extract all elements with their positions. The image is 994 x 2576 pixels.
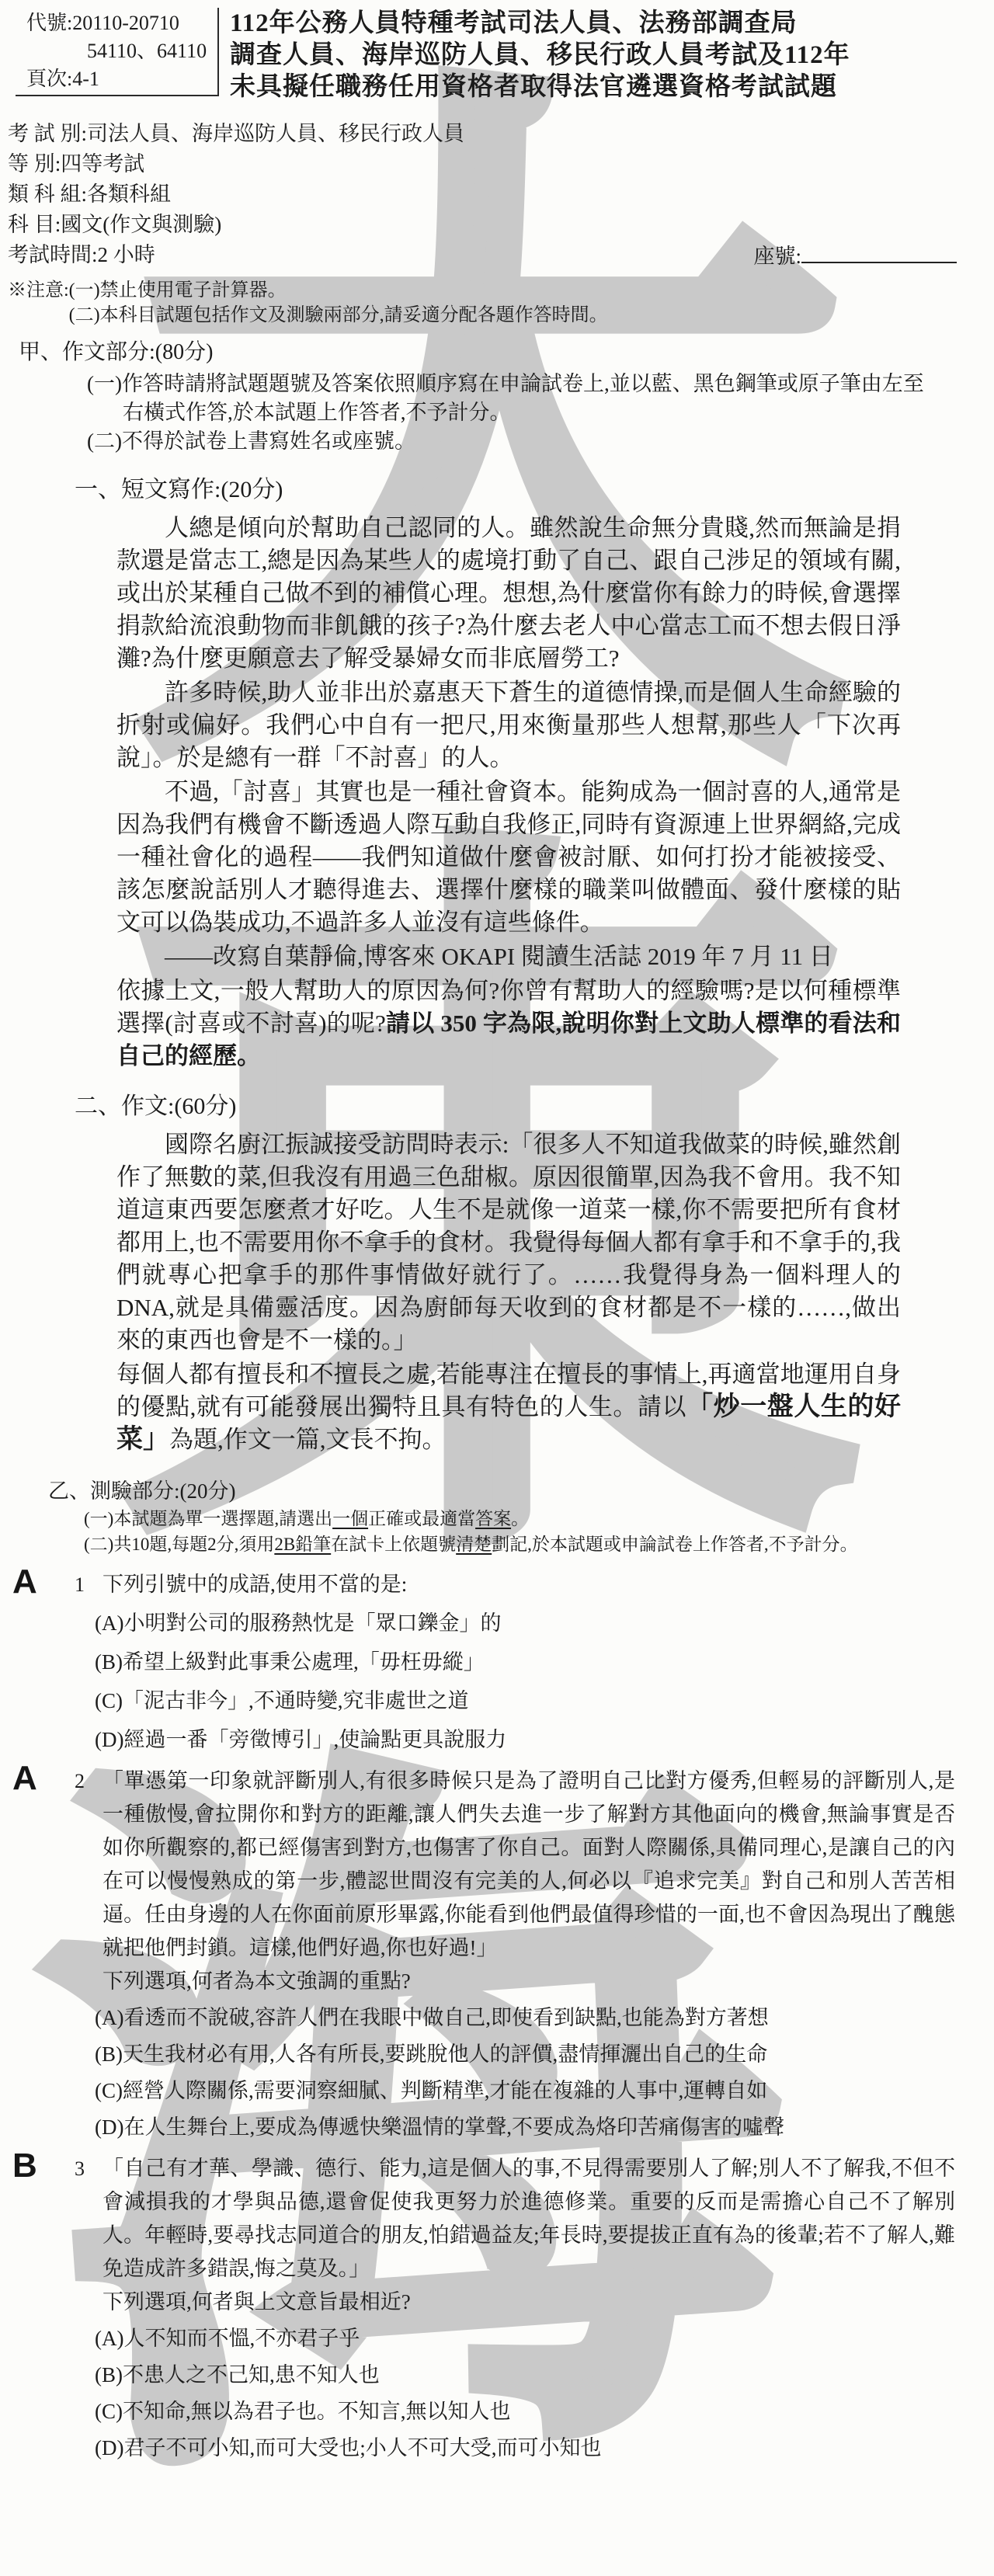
notice: ※注意: (一)禁止使用電子計算器。 (二)本科目試題包括作文及測驗兩部分,請妥… [8, 278, 994, 328]
option-d: (D)經過一番「旁徵博引」,使論點更具說服力 [95, 1723, 955, 1757]
question-number: 2 [75, 1764, 85, 1798]
seat-number-blank [801, 240, 957, 263]
exam-title: 112年公務人員特種考試司法人員、法務部調查局 調查人員、海岸巡防人員、移民行政… [219, 8, 978, 103]
essay-heading: 二、作文:(60分) [75, 1090, 994, 1124]
paragraph: 許多時候,助人並非出於嘉惠天下蒼生的道德情操,而是個人生命經驗的折射或偏好。我們… [116, 676, 901, 774]
part-a-heading: 甲、作文部分:(80分) [19, 337, 994, 368]
info-value: 司法人員、海岸巡防人員、移民行政人員 [87, 122, 464, 145]
question-2: A 2 「單憑第一印象就評斷別人,有很多時候只是為了證明自己比對方優秀,但輕易的… [0, 1764, 994, 2144]
handwritten-answer-mark: B [12, 2149, 37, 2182]
code-box: 代號:20110-20710 54110、64110 頁次:4-1 [16, 8, 219, 96]
info-value: 國文(作文與測驗) [61, 213, 221, 236]
option-a: (A)人不知而不慍,不亦君子乎 [95, 2322, 955, 2355]
part-b-notes: (一)本試題為單一選擇題,請選出一個正確或最適當答案。 (二)共10題,每題2分… [84, 1506, 969, 1557]
option-b: (B)天生我材必有用,人各有所長,要跳脫他人的評價,盡情揮灑出自己的生命 [95, 2038, 955, 2071]
exam-title-line1: 112年公務人員特種考試司法人員、法務部調查局 [230, 8, 978, 40]
part-a-note: (一)作答時請將試題題號及答案依照順序寫在申論試卷上,並以藍、黑色鋼筆或原子筆由… [87, 370, 935, 427]
option-c: (C)「泥古非今」,不通時變,究非處世之道 [95, 1684, 955, 1718]
multiple-choice-section: A 1 下列引號中的成語,使用不當的是: (A)小明對公司的服務熱忱是「眾口鑠金… [0, 1568, 994, 2465]
options-list: (A)人不知而不慍,不亦君子乎 (B)不患人之不己知,患不知人也 (C)不知命,… [103, 2322, 955, 2465]
paragraph: 不過,「討喜」其實也是一種社會資本。能夠成為一個討喜的人,通常是因為我們有機會不… [116, 776, 901, 939]
paragraph: 國際名廚江振誠接受訪問時表示:「很多人不知道我做菜的時候,雖然創作了無數的菜,但… [116, 1128, 901, 1357]
part-a-note: (二)不得於試卷上書寫姓名或座號。 [87, 427, 935, 456]
seat-label: 座號: [753, 245, 801, 268]
essay-prompt: 每個人都有擅長和不擅長之處,若能專注在擅長的事情上,再適當地運用自身的優點,就有… [116, 1358, 901, 1456]
part-b-note: (一)本試題為單一選擇題,請選出一個正確或最適當答案。 [84, 1506, 969, 1531]
handwritten-answer-mark: A [12, 1565, 37, 1598]
part-b-heading: 乙、測驗部分:(20分) [48, 1476, 994, 1506]
notice-items: (一)禁止使用電子計算器。 (二)本科目試題包括作文及測驗兩部分,請妥適分配各題… [69, 278, 608, 328]
exam-code-cont: 54110、64110 [26, 37, 211, 65]
info-label: 類 科 組: [8, 179, 87, 210]
notice-item: (二)本科目試題包括作文及測驗兩部分,請妥適分配各題作答時間。 [69, 303, 608, 328]
short-essay-heading: 一、短文寫作:(20分) [75, 473, 994, 507]
info-row-subject: 科 目:國文(作文與測驗) [8, 210, 994, 240]
option-a: (A)看透而不說破,容許人們在我眼中做自己,即使看到缺點,也能為對方著想 [95, 2001, 955, 2035]
option-b: (B)希望上級對此事秉公處理,「毋枉毋縱」 [95, 1646, 955, 1679]
exam-info: 考 試 別:司法人員、海岸巡防人員、移民行政人員 等 別:四等考試 類 科 組:… [8, 119, 994, 272]
prompt-normal: 為題,作文一篇,文長不拘。 [169, 1426, 447, 1453]
notice-label: ※注意: [8, 278, 69, 328]
exam-code: 代號:20110-20710 [26, 9, 211, 37]
page-number: 頁次:4-1 [26, 65, 211, 93]
options-list: (A)小明對公司的服務熱忱是「眾口鑠金」的 (B)希望上級對此事秉公處理,「毋枉… [103, 1607, 955, 1757]
question-passage: 「自己有才華、學識、德行、能力,這是個人的事,不見得需要別人了解;別人不了解我,… [103, 2152, 955, 2286]
header: 代號:20110-20710 54110、64110 頁次:4-1 112年公務… [0, 0, 994, 103]
question-stem: 下列選項,何者為本文強調的重點? [103, 1965, 955, 1998]
exam-title-line2: 調查人員、海岸巡防人員、移民行政人員考試及112年 [230, 40, 978, 71]
option-c: (C)不知命,無以為君子也。不知言,無以知人也 [95, 2395, 955, 2428]
option-a: (A)小明對公司的服務熱忱是「眾口鑠金」的 [95, 1607, 955, 1640]
option-d: (D)在人生舞台上,要成為傳遞快樂溫情的掌聲,不要成為烙印苦痛傷害的噓聲 [95, 2111, 955, 2144]
info-row-time: 考試時間:2 小時 座號: [8, 240, 994, 272]
question-stem: 下列引號中的成語,使用不當的是: [103, 1568, 955, 1601]
info-value: 四等考試 [61, 152, 144, 176]
question-number: 1 [75, 1568, 85, 1601]
handwritten-answer-mark: A [12, 1761, 37, 1795]
exam-title-line3: 未具擬任職務任用資格者取得法官遴選資格考試試題 [230, 71, 978, 103]
option-c: (C)經營人際關係,需要洞察細膩、判斷精準,才能在複雜的人事中,運轉自如 [95, 2074, 955, 2108]
info-label: 等 別: [8, 149, 61, 179]
option-d: (D)君子不可小知,而可大受也;小人不可大受,而可小知也 [95, 2432, 955, 2465]
exam-time: 考試時間:2 小時 [8, 240, 155, 272]
options-list: (A)看透而不說破,容許人們在我眼中做自己,即使看到缺點,也能為對方著想 (B)… [103, 2001, 955, 2144]
info-row-group: 類 科 組:各類科組 [8, 179, 994, 210]
info-value: 各類科組 [87, 183, 171, 206]
short-essay-prompt: 依據上文,一般人幫助人的原因為何?你曾有幫助人的經驗嗎?是以何種標準選擇(討喜或… [116, 975, 901, 1072]
option-b: (B)不患人之不己知,患不知人也 [95, 2359, 955, 2392]
info-label: 考試時間: [8, 240, 98, 270]
part-b-note: (二)共10題,每題2分,須用2B鉛筆在試卡上依題號清楚劃記,於本試題或申論試卷… [84, 1531, 969, 1557]
part-a-notes: (一)作答時請將試題題號及答案依照順序寫在申論試卷上,並以藍、黑色鋼筆或原子筆由… [87, 370, 935, 456]
info-row-grade: 等 別:四等考試 [8, 149, 994, 179]
info-label: 考 試 別: [8, 119, 87, 149]
question-3: B 3 「自己有才華、學識、德行、能力,這是個人的事,不見得需要別人了解;別人不… [0, 2152, 994, 2465]
source-attribution: ——改寫自葉靜倫,博客來 OKAPI 閱讀生活誌 2019 年 7 月 11 日 [116, 940, 901, 973]
info-label: 科 目: [8, 210, 61, 240]
info-value: 2 小時 [98, 243, 155, 266]
notice-item: (一)禁止使用電子計算器。 [69, 278, 608, 303]
question-stem: 下列選項,何者與上文意旨最相近? [103, 2286, 955, 2319]
question-passage: 「單憑第一印象就評斷別人,有很多時候只是為了證明自己比對方優秀,但輕易的評斷別人… [103, 1764, 955, 1965]
question-number: 3 [75, 2152, 85, 2185]
paragraph: 人總是傾向於幫助自己認同的人。雖然說生命無分貴賤,然而無論是捐款還是當志工,總是… [116, 512, 901, 675]
essay-body: 國際名廚江振誠接受訪問時表示:「很多人不知道我做菜的時候,雖然創作了無數的菜,但… [116, 1128, 901, 1456]
exam-paper-page: 大 東 海 代號:20110-20710 54110、64110 頁次:4-1 … [0, 0, 994, 2576]
question-1: A 1 下列引號中的成語,使用不當的是: (A)小明對公司的服務熱忱是「眾口鑠金… [0, 1568, 994, 1757]
short-essay-body: 人總是傾向於幫助自己認同的人。雖然說生命無分貴賤,然而無論是捐款還是當志工,總是… [116, 512, 901, 1072]
seat-number: 座號: [753, 240, 957, 272]
info-row-category: 考 試 別:司法人員、海岸巡防人員、移民行政人員 [8, 119, 994, 149]
